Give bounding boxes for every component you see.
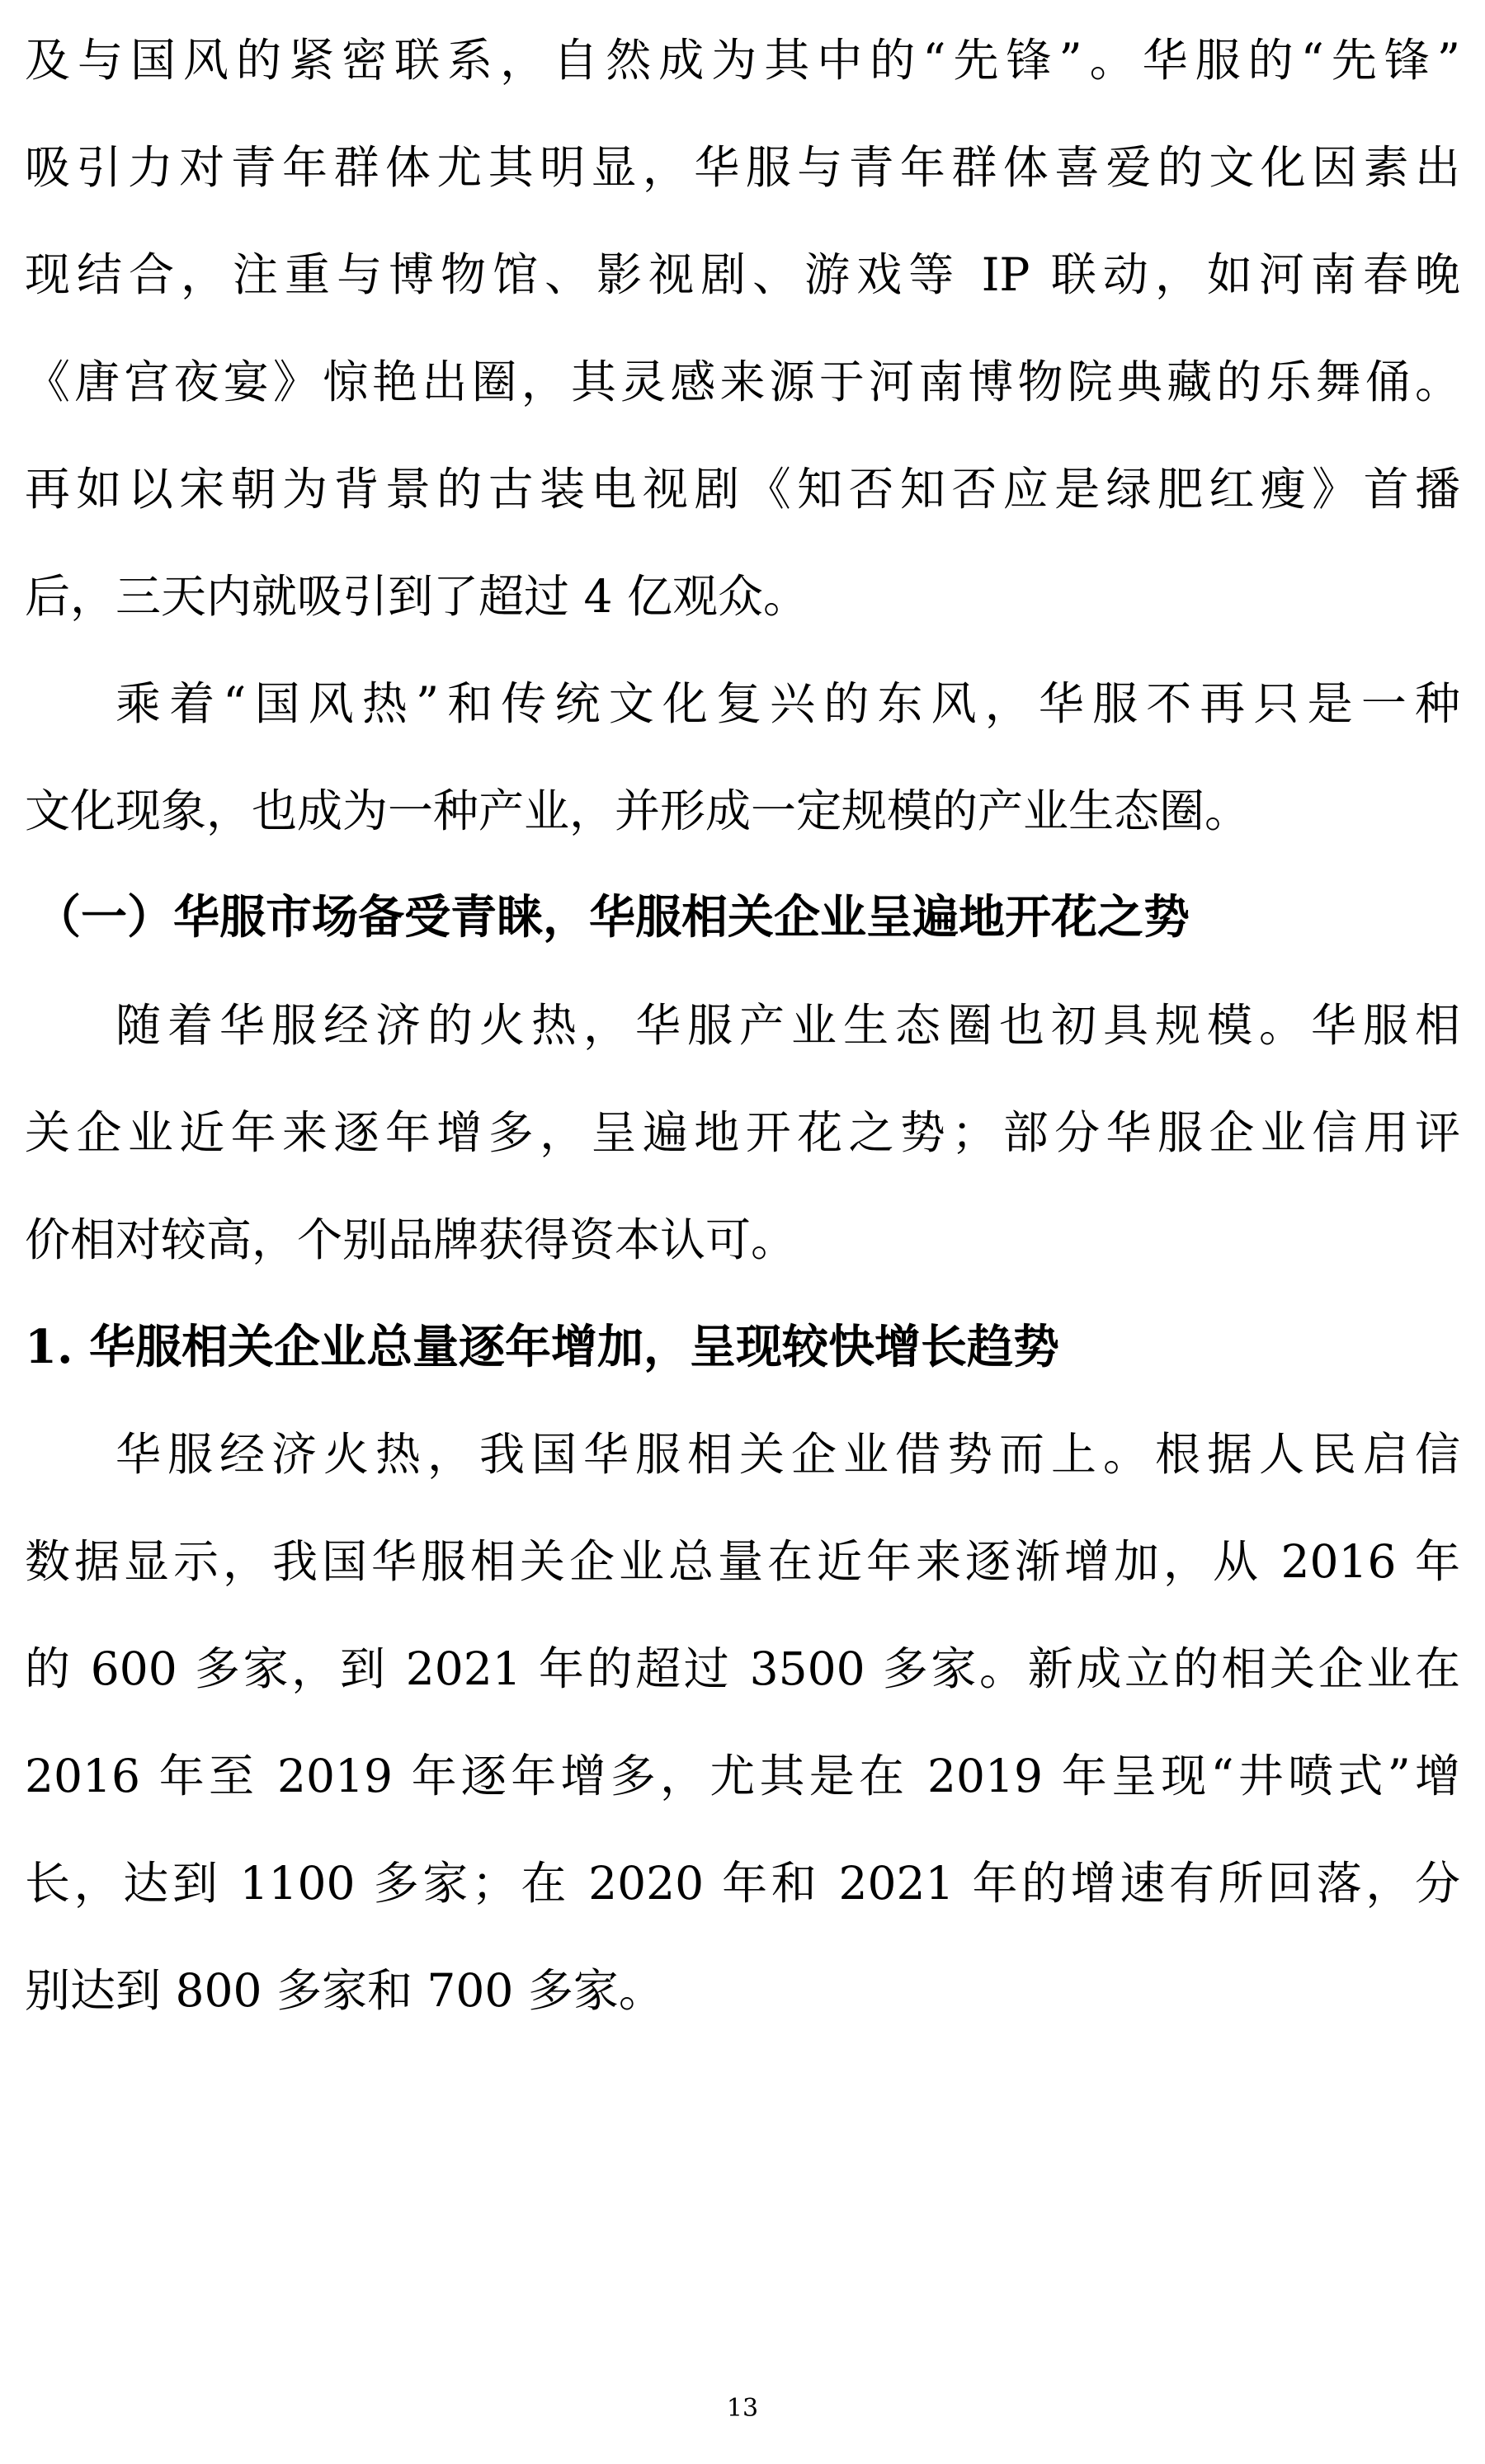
section-heading: （一）华服市场备受青睐，华服相关企业呈遍地开花之势 (25, 865, 1460, 972)
body-line: 随着华服经济的火热，华服产业生态圈也初具规模。华服相 (25, 972, 1460, 1079)
document-body: 及与国风的紧密联系，自然成为其中的“先锋”。华服的“先锋” 吸引力对青年群体尤其… (25, 7, 1460, 2044)
body-line: 长，达到 1100 多家；在 2020 年和 2021 年的增速有所回落，分 (25, 1830, 1460, 1937)
document-page: 及与国风的紧密联系，自然成为其中的“先锋”。华服的“先锋” 吸引力对青年群体尤其… (0, 0, 1485, 2464)
page-number: 13 (0, 2395, 1485, 2423)
body-line: 《唐宫夜宴》惊艳出圈，其灵感来源于河南博物院典藏的乐舞俑。 (25, 328, 1460, 436)
body-line: 华服经济火热，我国华服相关企业借势而上。根据人民启信 (25, 1401, 1460, 1508)
body-line: 的 600 多家，到 2021 年的超过 3500 多家。新成立的相关企业在 (25, 1615, 1460, 1722)
body-line: 数据显示，我国华服相关企业总量在近年来逐渐增加，从 2016 年 (25, 1508, 1460, 1615)
body-line: 吸引力对青年群体尤其明显，华服与青年群体喜爱的文化因素出 (25, 114, 1460, 221)
body-line: 2016 年至 2019 年逐年增多，尤其是在 2019 年呈现“井喷式”增 (25, 1722, 1460, 1830)
body-line: 现结合，注重与博物馆、影视剧、游戏等 IP 联动，如河南春晚 (25, 221, 1460, 328)
body-line: 及与国风的紧密联系，自然成为其中的“先锋”。华服的“先锋” (25, 7, 1460, 114)
body-line: 别达到 800 多家和 700 多家。 (25, 1937, 1460, 2044)
body-line: 文化现象，也成为一种产业，并形成一定规模的产业生态圈。 (25, 757, 1460, 865)
body-line: 乘着“国风热”和传统文化复兴的东风，华服不再只是一种 (25, 650, 1460, 757)
subsection-heading: 1. 华服相关企业总量逐年增加，呈现较快增长趋势 (25, 1293, 1460, 1401)
body-line: 价相对较高，个别品牌获得资本认可。 (25, 1186, 1460, 1293)
body-line: 后，三天内就吸引到了超过 4 亿观众。 (25, 543, 1460, 650)
body-line: 关企业近年来逐年增多，呈遍地开花之势；部分华服企业信用评 (25, 1079, 1460, 1186)
body-line: 再如以宋朝为背景的古装电视剧《知否知否应是绿肥红瘦》首播 (25, 436, 1460, 543)
